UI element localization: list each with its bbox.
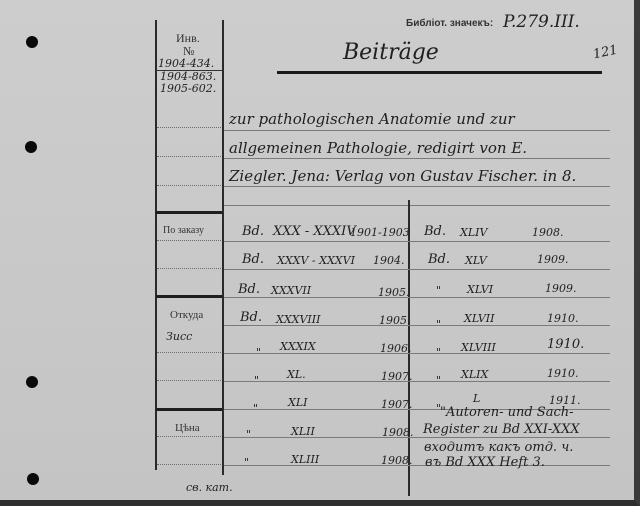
- holding-volume: XL.: [287, 368, 306, 381]
- holding-volume: XXXIX: [280, 340, 316, 353]
- catalog-card: Библiот. значекъ: P.279.III. 121 Инв. № …: [0, 0, 640, 506]
- holding-year: 1910.: [547, 337, 584, 352]
- rule: [224, 130, 610, 131]
- library-mark-label: Библiот. значекъ:: [406, 18, 493, 29]
- register-note-line: входитъ какъ отд. ч.: [424, 440, 573, 455]
- holding-prefix: ": [244, 456, 249, 469]
- holding-prefix: ": [256, 346, 261, 359]
- holding-year: 1906.: [380, 342, 412, 355]
- rule: [224, 381, 610, 382]
- title-line-1: zur pathologischen Anatomie und zur: [229, 110, 515, 128]
- holding-volume: XXXVIII: [276, 313, 320, 326]
- title-line-2: allgemeinen Pathologie, redigirt von E.: [229, 139, 527, 157]
- rule: [224, 353, 610, 354]
- holding-year: 1909.: [537, 253, 569, 266]
- rule: [157, 240, 221, 242]
- holding-volume: XXXVII: [271, 284, 311, 297]
- holding-prefix: ": [254, 374, 259, 387]
- order-label: По заказу: [163, 225, 204, 236]
- rule: [157, 464, 221, 466]
- holding-volume: L: [473, 392, 480, 405]
- holding-prefix: Bd.: [238, 282, 260, 297]
- section-divider: [156, 211, 222, 214]
- punch-hole-icon: [25, 141, 37, 153]
- rule: [224, 241, 610, 242]
- holding-volume: XLIV: [460, 226, 487, 239]
- holding-volume: XLVI: [467, 283, 493, 296]
- holding-volume: XXXV - XXXVI: [277, 254, 355, 267]
- holding-year: 1908.: [381, 454, 413, 467]
- rule: [224, 269, 610, 270]
- holding-volume: XXX - XXXIV: [273, 224, 356, 239]
- holding-year: 1909.: [545, 282, 577, 295]
- holding-volume: XLVII: [464, 312, 494, 325]
- rule: [224, 186, 610, 187]
- register-note-line: въ Bd XXX Heft 3.: [425, 455, 545, 470]
- rule: [157, 380, 221, 382]
- holding-prefix: Bd.: [428, 252, 450, 267]
- rule: [224, 158, 610, 159]
- holding-prefix: Bd.: [240, 310, 262, 325]
- holding-year: 1910.: [547, 367, 579, 380]
- holding-volume: XLVIII: [461, 341, 496, 354]
- source-label: Откуда: [170, 309, 203, 321]
- holding-year: 1910.: [547, 312, 579, 325]
- rule: [157, 352, 221, 354]
- rule: [157, 268, 221, 270]
- holding-prefix: ": [436, 318, 441, 331]
- section-divider: [156, 408, 222, 411]
- title-underline: [277, 71, 602, 74]
- holding-year: 1908.: [532, 226, 564, 239]
- holding-volume: XLII: [291, 425, 315, 438]
- title-line-3: Ziegler. Jena: Verlag von Gustav Fischer…: [229, 167, 576, 185]
- holding-prefix: ": [253, 402, 258, 415]
- rule: [157, 127, 221, 129]
- rule: [224, 297, 610, 298]
- holding-year: 1908.: [382, 426, 414, 439]
- holding-volume: XLV: [465, 254, 487, 267]
- left-column-border: [155, 20, 157, 470]
- holding-year: 1907.: [381, 370, 413, 383]
- left-column-border: [222, 20, 224, 475]
- register-note-line: Register zu Bd XXI-XXX: [423, 422, 580, 437]
- bottom-note: св. кат.: [186, 481, 233, 494]
- holding-year: 1905.: [379, 314, 411, 327]
- punch-hole-icon: [27, 473, 39, 485]
- holding-volume: XLIII: [291, 453, 319, 466]
- title-main: Beiträge: [343, 40, 439, 65]
- holding-year: 1905.: [378, 286, 410, 299]
- holding-prefix: Bd.: [242, 224, 264, 239]
- holding-prefix: Bd.: [242, 252, 264, 267]
- holding-prefix: ": [436, 374, 441, 387]
- holding-year: 1907.: [381, 398, 413, 411]
- holding-prefix: ": [436, 284, 441, 297]
- holding-prefix: Bd.: [424, 224, 446, 239]
- holding-year: 1904.: [373, 254, 405, 267]
- inventory-number: 1904-434.: [158, 57, 214, 70]
- holding-year: 1901-1903: [350, 226, 410, 239]
- rule: [224, 465, 610, 466]
- holding-volume: XLI: [288, 396, 307, 409]
- register-note-line: "Autoren- und Sach-: [440, 405, 574, 420]
- punch-hole-icon: [26, 376, 38, 388]
- inventory-number: 1905-602.: [160, 82, 216, 95]
- section-divider: [156, 295, 222, 298]
- holding-prefix: ": [246, 428, 251, 441]
- punch-hole-icon: [26, 36, 38, 48]
- rule: [157, 185, 221, 187]
- rule: [157, 156, 221, 158]
- holding-prefix: ": [436, 346, 441, 359]
- corner-number: 121: [592, 43, 619, 63]
- source-value: Зисс: [166, 330, 192, 343]
- price-label: Цѣна: [175, 422, 200, 434]
- holding-volume: XLIX: [461, 368, 488, 381]
- library-mark-value: P.279.III.: [503, 12, 580, 32]
- rule: [224, 205, 610, 206]
- rule: [157, 436, 221, 438]
- rule: [224, 437, 610, 438]
